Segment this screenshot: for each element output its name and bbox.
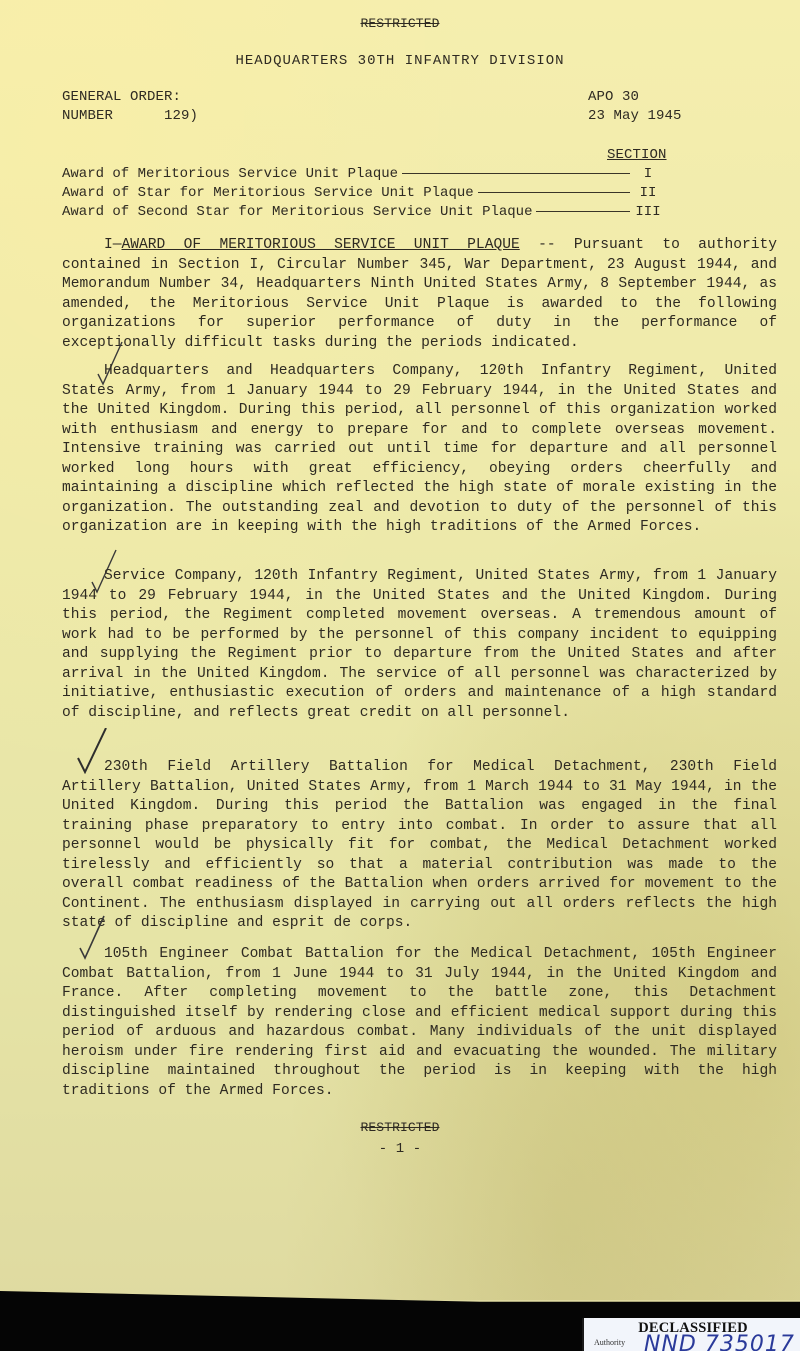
citation-text: Headquarters and Headquarters Company, 1… — [62, 362, 777, 538]
citation-paragraph: 230th Field Artillery Battalion for Medi… — [62, 758, 777, 934]
citation-paragraph: Service Company, 120th Infantry Regiment… — [62, 567, 777, 723]
section-one-intro: I—AWARD OF MERITORIOUS SERVICE UNIT PLAQ… — [62, 236, 777, 353]
classification-marking-top: RESTRICTED — [0, 14, 800, 33]
order-number: NUMBER 129) — [62, 107, 198, 126]
authority-label: Authority — [594, 1338, 625, 1347]
toc-row: Award of Star for Meritorious Service Un… — [62, 183, 662, 202]
general-order-label: GENERAL ORDER: — [62, 88, 198, 107]
toc-label: Award of Meritorious Service Unit Plaque — [62, 166, 398, 182]
toc-section-number: III — [634, 204, 662, 220]
section-heading: AWARD OF MERITORIOUS SERVICE UNIT PLAQUE — [122, 237, 520, 253]
toc-row: Award of Second Star for Meritorious Ser… — [62, 202, 662, 221]
citation-paragraph: Headquarters and Headquarters Company, 1… — [62, 362, 777, 538]
declassified-stamp: DECLASSIFIED Authority NND 735017 — [582, 1318, 800, 1351]
section-prefix: I— — [104, 237, 122, 253]
toc-label: Award of Star for Meritorious Service Un… — [62, 185, 474, 201]
leader-line — [478, 192, 630, 193]
section-column-header: SECTION — [607, 146, 667, 165]
apo-number: APO 30 — [588, 88, 682, 107]
authority-code: NND 735017 — [644, 1332, 795, 1351]
citation-text: 105th Engineer Combat Battalion for the … — [62, 945, 777, 1101]
page-number: - 1 - — [0, 1140, 800, 1159]
leader-line — [536, 211, 630, 212]
general-order-block: GENERAL ORDER:NUMBER 129) — [62, 88, 198, 126]
citation-text: 230th Field Artillery Battalion for Medi… — [62, 758, 777, 934]
toc-section-number: II — [634, 185, 662, 201]
citation-paragraph: 105th Engineer Combat Battalion for the … — [62, 945, 777, 1101]
table-of-contents: Award of Meritorious Service Unit Plaque… — [62, 164, 662, 221]
toc-row: Award of Meritorious Service Unit Plaque… — [62, 164, 662, 183]
citation-text: Service Company, 120th Infantry Regiment… — [62, 567, 777, 723]
classification-marking-bottom: RESTRICTED — [0, 1118, 800, 1137]
section-intro-text: -- Pursuant to authority contained in Se… — [62, 237, 777, 351]
toc-label: Award of Second Star for Meritorious Ser… — [62, 204, 532, 220]
headquarters-title: HEADQUARTERS 30TH INFANTRY DIVISION — [0, 52, 800, 71]
apo-date-block: APO 3023 May 1945 — [588, 88, 682, 126]
toc-section-number: I — [634, 166, 662, 182]
leader-line — [402, 173, 630, 174]
order-date: 23 May 1945 — [588, 107, 682, 126]
